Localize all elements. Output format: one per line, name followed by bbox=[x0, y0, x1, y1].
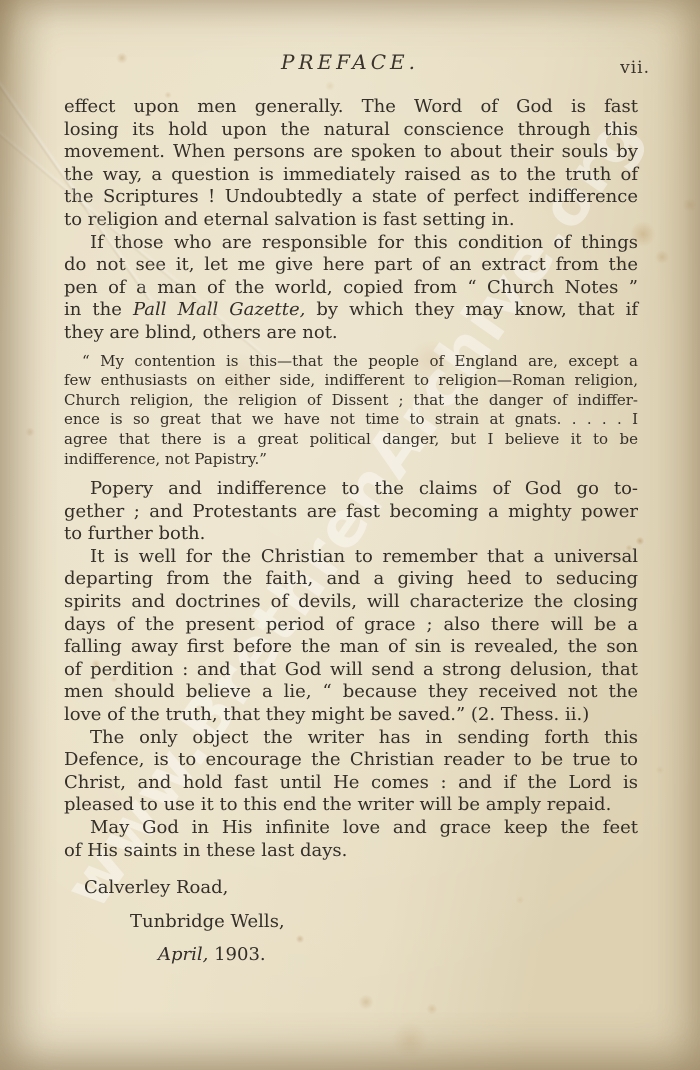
text-segment: Calverley Road, bbox=[84, 877, 228, 898]
text-line: It is well for the Christian to remember… bbox=[64, 546, 638, 569]
text-segment: It is well for the Christian to remember… bbox=[90, 546, 638, 567]
text-line: movement. When persons are spoken to abo… bbox=[64, 141, 638, 164]
italic-text: April, bbox=[158, 944, 208, 965]
text-line: ence is so great that we have not time t… bbox=[64, 410, 638, 430]
text-line: effect upon men generally. The Word of G… bbox=[64, 96, 638, 119]
text-segment: they are blind, others are not. bbox=[64, 322, 338, 343]
paragraph: effect upon men generally. The Word of G… bbox=[64, 96, 638, 232]
text-segment: departing from the faith, and a giving h… bbox=[64, 568, 638, 589]
text-segment: Popery and indifference to the claims of… bbox=[90, 478, 638, 499]
text-line: few enthusiasts on either side, indiffer… bbox=[64, 371, 638, 391]
text-segment: ence is so great that we have not time t… bbox=[64, 410, 638, 428]
page-number: vii. bbox=[620, 58, 650, 78]
text-line: men should believe a lie, “ because they… bbox=[64, 681, 638, 704]
text-line: If those who are responsible for this co… bbox=[64, 232, 638, 255]
text-line: May God in His infinite love and grace k… bbox=[64, 817, 638, 840]
text-segment: pen of a man of the world, copied from “… bbox=[64, 277, 638, 298]
text-segment: “ My contention is this—that the people … bbox=[82, 352, 638, 370]
text-segment: 1903. bbox=[208, 944, 265, 965]
paragraph: May God in His infinite love and grace k… bbox=[64, 817, 638, 862]
text-line: falling away first before the man of sin… bbox=[64, 636, 638, 659]
paragraph: It is well for the Christian to remember… bbox=[64, 546, 638, 727]
text-segment: pleased to use it to this end the writer… bbox=[64, 794, 611, 815]
text-segment: by which they may know, that if bbox=[305, 299, 638, 320]
text-line: losing its hold upon the natural conscie… bbox=[64, 119, 638, 142]
text-line: Defence, is to encourage the Christian r… bbox=[64, 749, 638, 772]
text-segment: Christ, and hold fast until He comes : a… bbox=[64, 772, 638, 793]
text-segment: to religion and eternal salvation is fas… bbox=[64, 209, 515, 230]
text-line: spirits and doctrines of devils, will ch… bbox=[64, 591, 638, 614]
text-segment: men should believe a lie, “ because they… bbox=[64, 681, 638, 702]
page-body: effect upon men generally. The Word of G… bbox=[64, 96, 638, 967]
italic-text: Pall Mall Gazette, bbox=[133, 299, 305, 320]
paragraph: “ My contention is this—that the people … bbox=[64, 352, 638, 470]
text-line: days of the present period of grace ; al… bbox=[64, 614, 638, 637]
text-line: of perdition : and that God will send a … bbox=[64, 659, 638, 682]
text-segment: Tunbridge Wells, bbox=[130, 911, 285, 932]
text-segment: May God in His infinite love and grace k… bbox=[90, 817, 638, 838]
text-line: pen of a man of the world, copied from “… bbox=[64, 277, 638, 300]
text-line: in the Pall Mall Gazette, by which they … bbox=[64, 299, 638, 322]
text-line: Church religion, the religion of Dissent… bbox=[64, 391, 638, 411]
text-line: do not see it, let me give here part of … bbox=[64, 254, 638, 277]
text-segment: If those who are responsible for this co… bbox=[90, 232, 638, 253]
text-segment: love of the truth, that they might be sa… bbox=[64, 704, 589, 725]
text-segment: agree that there is a great political da… bbox=[64, 430, 638, 448]
signature-line: April, 1903. bbox=[158, 944, 638, 967]
paragraph: If those who are responsible for this co… bbox=[64, 232, 638, 345]
paragraph: The only object the writer has in sendin… bbox=[64, 727, 638, 817]
text-segment: in the bbox=[64, 299, 133, 320]
text-line: Christ, and hold fast until He comes : a… bbox=[64, 772, 638, 795]
text-segment: effect upon men generally. The Word of G… bbox=[64, 96, 638, 117]
signature-line: Calverley Road, bbox=[84, 877, 638, 900]
text-line: agree that there is a great political da… bbox=[64, 430, 638, 450]
signature-block: Calverley Road,Tunbridge Wells,April, 19… bbox=[64, 877, 638, 967]
text-line: the way, a question is immediately raise… bbox=[64, 164, 638, 187]
text-line: departing from the faith, and a giving h… bbox=[64, 568, 638, 591]
text-segment: indifference, not Papistry.” bbox=[64, 450, 267, 468]
text-line: indifference, not Papistry.” bbox=[64, 450, 638, 470]
text-line: they are blind, others are not. bbox=[64, 322, 638, 345]
text-segment: days of the present period of grace ; al… bbox=[64, 614, 638, 635]
text-segment: to further both. bbox=[64, 523, 205, 544]
text-line: Popery and indifference to the claims of… bbox=[64, 478, 638, 501]
paragraph: Popery and indifference to the claims of… bbox=[64, 478, 638, 546]
text-line: to further both. bbox=[64, 523, 638, 546]
text-segment: the Scriptures ! Undoubtedly a state of … bbox=[64, 186, 638, 207]
text-segment: falling away first before the man of sin… bbox=[64, 636, 638, 657]
text-segment: Defence, is to encourage the Christian r… bbox=[64, 749, 638, 770]
text-line: of His saints in these last days. bbox=[64, 840, 638, 863]
text-segment: losing its hold upon the natural conscie… bbox=[64, 119, 638, 140]
text-segment: spirits and doctrines of devils, will ch… bbox=[64, 591, 638, 612]
text-line: The only object the writer has in sendin… bbox=[64, 727, 638, 750]
page-header: PREFACE. vii. bbox=[0, 50, 700, 74]
text-line: gether ; and Protestants are fast becomi… bbox=[64, 501, 638, 524]
text-segment: movement. When persons are spoken to abo… bbox=[64, 141, 638, 162]
text-segment: do not see it, let me give here part of … bbox=[64, 254, 638, 275]
text-line: pleased to use it to this end the writer… bbox=[64, 794, 638, 817]
text-segment: gether ; and Protestants are fast becomi… bbox=[64, 501, 638, 522]
signature-line: Tunbridge Wells, bbox=[130, 911, 638, 934]
text-segment: the way, a question is immediately raise… bbox=[64, 164, 638, 185]
text-segment: few enthusiasts on either side, indiffer… bbox=[64, 371, 638, 389]
scanned-book-page: www.BrethrenArchive.org PREFACE. vii. ef… bbox=[0, 0, 700, 1070]
text-line: love of the truth, that they might be sa… bbox=[64, 704, 638, 727]
text-line: the Scriptures ! Undoubtedly a state of … bbox=[64, 186, 638, 209]
text-segment: Church religion, the religion of Dissent… bbox=[64, 391, 638, 409]
text-segment: of perdition : and that God will send a … bbox=[64, 659, 638, 680]
running-title: PREFACE. bbox=[0, 50, 700, 74]
text-segment: of His saints in these last days. bbox=[64, 840, 347, 861]
text-segment: The only object the writer has in sendin… bbox=[90, 727, 638, 748]
text-line: “ My contention is this—that the people … bbox=[64, 352, 638, 372]
text-line: to religion and eternal salvation is fas… bbox=[64, 209, 638, 232]
